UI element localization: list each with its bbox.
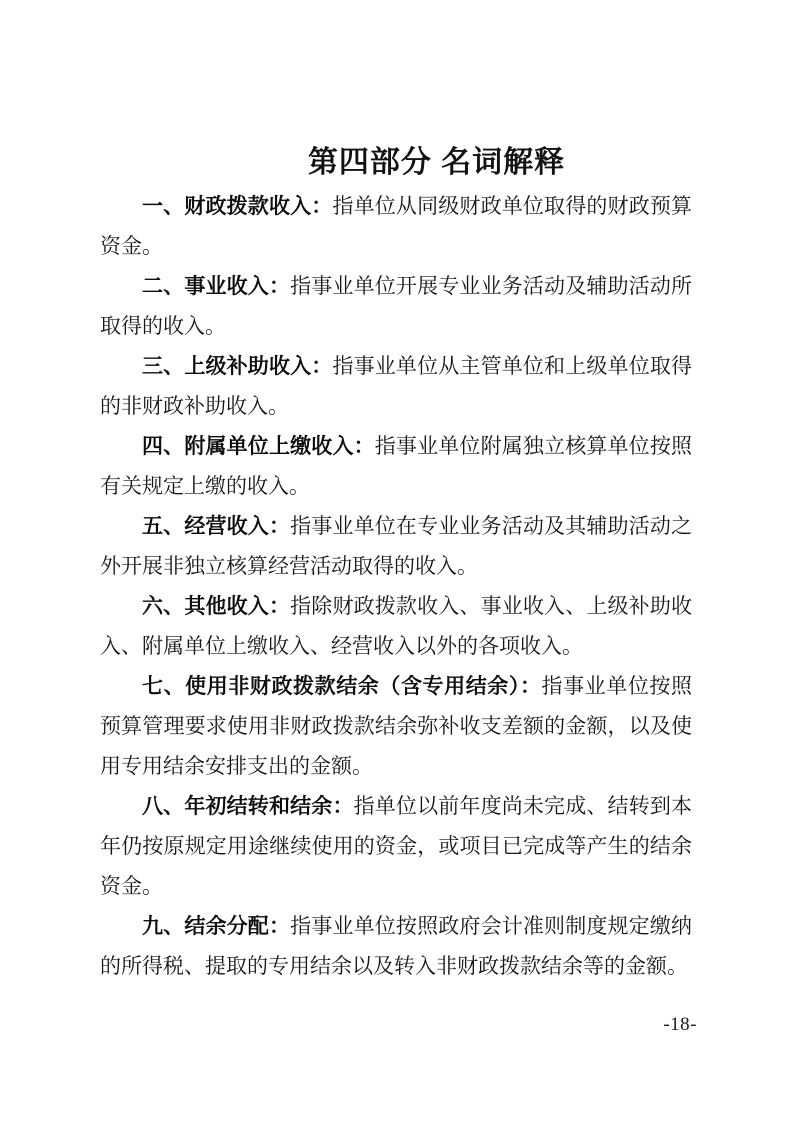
term-label: 九、结余分配： [142,914,290,938]
document-page: 第四部分 名词解释 一、财政拨款收入：指单位从同级财政单位取得的财政预算资金。 … [0,0,793,1122]
definition-item: 二、事业收入：指事业单位开展专业业务活动及辅助活动所取得的收入。 [100,266,692,346]
definition-item: 六、其他收入：指除财政拨款收入、事业收入、上级补助收入、附属单位上缴收入、经营收… [100,586,692,666]
definition-item: 八、年初结转和结余：指单位以前年度尚未完成、结转到本年仍按原规定用途继续使用的资… [100,786,692,906]
definition-item: 七、使用非财政拨款结余（含专用结余）：指事业单位按照预算管理要求使用非财政拨款结… [100,666,692,786]
definition-item: 九、结余分配：指事业单位按照政府会计准则制度规定缴纳的所得税、提取的专用结余以及… [100,906,692,986]
definition-item: 三、上级补助收入：指事业单位从主管单位和上级单位取得的非财政补助收入。 [100,346,692,426]
term-label: 五、经营收入： [142,514,290,538]
term-label: 六、其他收入： [142,594,290,618]
term-label: 二、事业收入： [142,274,290,298]
definition-item: 一、财政拨款收入：指单位从同级财政单位取得的财政预算资金。 [100,186,692,266]
page-title: 第四部分 名词解释 [0,142,793,184]
term-label: 三、上级补助收入： [142,354,332,378]
glossary-section: 一、财政拨款收入：指单位从同级财政单位取得的财政预算资金。 二、事业收入：指事业… [100,186,692,986]
definition-item: 四、附属单位上缴收入：指事业单位附属独立核算单位按照有关规定上缴的收入。 [100,426,692,506]
term-label: 七、使用非财政拨款结余（含专用结余）： [142,674,542,698]
term-label: 一、财政拨款收入： [142,194,332,218]
definition-item: 五、经营收入：指事业单位在专业业务活动及其辅助活动之外开展非独立核算经营活动取得… [100,506,692,586]
term-label: 四、附属单位上缴收入： [142,434,375,458]
page-number: -18- [663,1013,697,1037]
term-label: 八、年初结转和结余： [142,794,354,818]
